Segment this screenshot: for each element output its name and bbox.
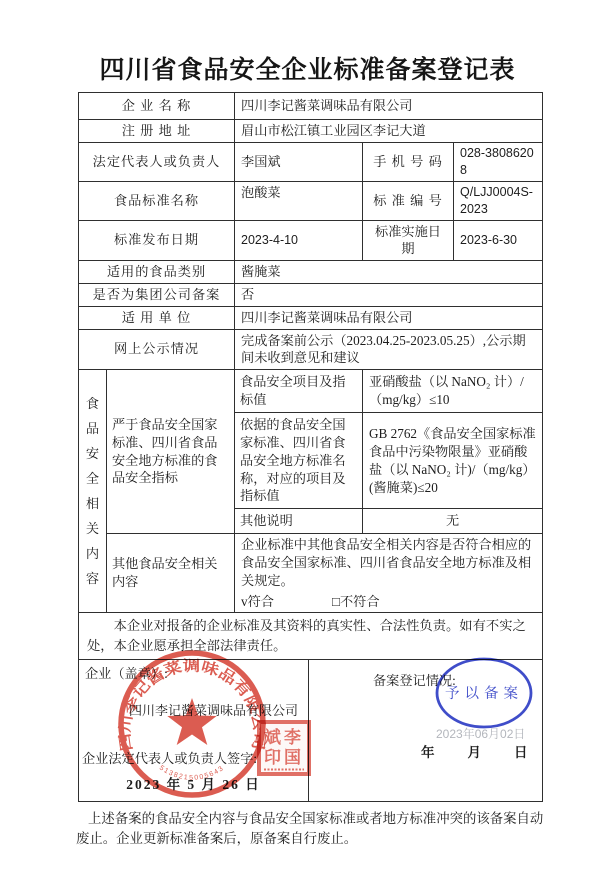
group-filing-label: 是否为集团公司备案: [79, 283, 235, 306]
name-seal-row2: 印国: [264, 747, 304, 767]
scanned-document-page: 四川省食品安全企业标准备案登记表 企 业 名 称 四川李记酱菜调味品有限公司 注…: [0, 50, 615, 849]
row-applicable-unit: 适 用 单 位 四川李记酱菜调味品有限公司: [79, 306, 543, 329]
other-safety-value: 企业标准中其他食品安全相关内容是否符合相应的食品安全国家标准、四川省食品安全地方…: [241, 536, 536, 589]
row-other-safety-content: 其他食品安全相关内容 企业标准中其他食品安全相关内容是否符合相应的食品安全国家标…: [79, 534, 543, 613]
legal-rep-sign-label: 企业法定代表人或负责人签字:: [82, 750, 257, 768]
group-filing-value: 否: [235, 283, 543, 306]
safety-basis-value: GB 2762《食品安全国家标准 食品中污染物限量》亚硝酸盐（以 NaNO₂ 计…: [363, 413, 543, 509]
phone-value: 028-38086208: [454, 143, 543, 182]
declaration-text: 本企业对报备的企业标准及其资料的真实性、合法性负责。如有不实之处，本企业愿承担全…: [79, 613, 543, 660]
legal-rep-name-seal-icon: 斌李 印国: [255, 718, 313, 782]
registration-date-blank: 年 月 日: [421, 744, 530, 762]
registered-address-value: 眉山市松江镇工业园区李记大道: [235, 120, 543, 143]
approval-oval-stamp-icon: 予以备案: [432, 653, 536, 733]
stamps-cell: 企业（盖章）: 四川李记酱菜调味品有限公司 企业法定代表人或负责人签字: 202…: [79, 660, 543, 802]
row-safety-item: 食品安全相关内容 严于食品安全国家标准、四川省食品安全地方标准的食品安全指标 食…: [79, 370, 543, 413]
row-group-filing: 是否为集团公司备案 否: [79, 283, 543, 306]
other-note-value: 无: [363, 509, 543, 534]
approval-stamp-text: 予以备案: [445, 685, 523, 702]
registration-status-area: 备案登记情况: 予以备案 2023年06月02日 年 月 日: [309, 660, 542, 801]
food-category-value: 酱腌菜: [235, 261, 543, 284]
registration-form-table: 企 业 名 称 四川李记酱菜调味品有限公司 注 册 地 址 眉山市松江镇工业园区…: [78, 92, 543, 802]
row-company-name: 企 业 名 称 四川李记酱菜调味品有限公司: [79, 93, 543, 120]
standard-name-label: 食品标准名称: [79, 181, 235, 220]
public-notice-value: 完成备案前公示（2023.04.25-2023.05.25）,公示期间未收到意见…: [235, 329, 543, 370]
row-stamps: 企业（盖章）: 四川李记酱菜调味品有限公司 企业法定代表人或负责人签字: 202…: [79, 660, 543, 802]
legal-rep-value: 李国斌: [235, 143, 363, 182]
sign-date: 2023 年 5 月 26 日: [79, 776, 308, 794]
row-food-category: 适用的食品类别 酱腌菜: [79, 261, 543, 284]
row-public-notice: 网上公示情况 完成备案前公示（2023.04.25-2023.05.25）,公示…: [79, 329, 543, 370]
company-seal-label: 企业（盖章）:: [85, 665, 168, 683]
company-name-signature: 四川李记酱菜调味品有限公司: [129, 702, 298, 720]
company-name-value: 四川李记酱菜调味品有限公司: [235, 93, 543, 120]
page-title: 四川省食品安全企业标准备案登记表: [58, 50, 558, 86]
name-seal-row1: 斌李: [264, 727, 304, 747]
implement-date-value: 2023-6-30: [454, 220, 543, 261]
safety-item-label: 食品安全项目及指标值: [235, 370, 363, 413]
food-category-label: 适用的食品类别: [79, 261, 235, 284]
legal-rep-label: 法定代表人或负责人: [79, 143, 235, 182]
standard-name-value: 泡酸菜: [235, 181, 363, 220]
row-dates: 标准发布日期 2023-4-10 标准实施日期 2023-6-30: [79, 220, 543, 261]
public-notice-label: 网上公示情况: [79, 329, 235, 370]
other-safety-value-cell: 企业标准中其他食品安全相关内容是否符合相应的食品安全国家标准、四川省食品安全地方…: [235, 534, 543, 613]
registered-address-label: 注 册 地 址: [79, 120, 235, 143]
registration-stamp-date: 2023年06月02日: [436, 726, 525, 742]
safety-section-side-label: 食品安全相关内容: [79, 370, 107, 613]
conform-checked: v符合: [241, 593, 274, 611]
applicable-unit-value: 四川李记酱菜调味品有限公司: [235, 306, 543, 329]
row-legal-rep: 法定代表人或负责人 李国斌 手 机 号 码 028-38086208: [79, 143, 543, 182]
row-declaration: 本企业对报备的企业标准及其资料的真实性、合法性负责。如有不实之处，本企业愿承担全…: [79, 613, 543, 660]
standard-number-value: Q/LJJ0004S-2023: [454, 181, 543, 220]
safety-basis-label: 依据的食品安全国家标准、四川省食品安全地方标准名称，对应的项目及指标值: [235, 413, 363, 509]
publish-date-value: 2023-4-10: [235, 220, 363, 261]
conformance-line: v符合 □不符合: [241, 593, 536, 611]
phone-label: 手 机 号 码: [363, 143, 454, 182]
implement-date-label: 标准实施日期: [363, 220, 454, 261]
company-name-label: 企 业 名 称: [79, 93, 235, 120]
row-registered-address: 注 册 地 址 眉山市松江镇工业园区李记大道: [79, 120, 543, 143]
row-standard-name: 食品标准名称 泡酸菜 标 准 编 号 Q/LJJ0004S-2023: [79, 181, 543, 220]
applicable-unit-label: 适 用 单 位: [79, 306, 235, 329]
standard-number-label: 标 准 编 号: [363, 181, 454, 220]
stricter-indicator-label: 严于食品安全国家标准、四川省食品安全地方标准的食品安全指标: [107, 370, 235, 534]
registration-status-label: 备案登记情况:: [373, 672, 456, 690]
publish-date-label: 标准发布日期: [79, 220, 235, 261]
not-conform-unchecked: □不符合: [332, 593, 380, 611]
safety-item-value: 亚硝酸盐（以 NaNO₂ 计）/（mg/kg）≤10: [363, 370, 543, 413]
other-safety-label: 其他食品安全相关内容: [107, 534, 235, 613]
company-stamp-area: 企业（盖章）: 四川李记酱菜调味品有限公司 企业法定代表人或负责人签字: 202…: [79, 660, 309, 801]
other-note-label: 其他说明: [235, 509, 363, 534]
footnote-text: 上述备案的食品安全内容与食品安全国家标准或者地方标准冲突的该备案自动废止。企业更…: [76, 809, 544, 849]
